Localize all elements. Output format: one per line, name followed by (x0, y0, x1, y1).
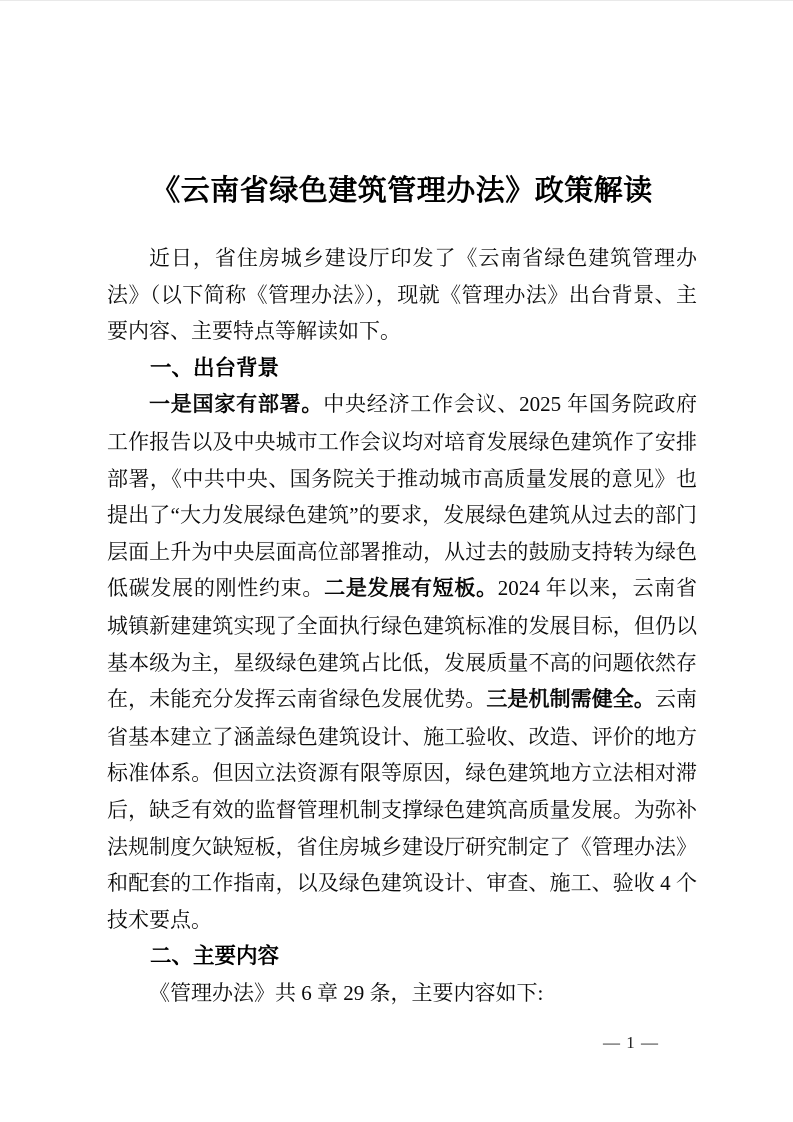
point-3-label: 三是机制需健全。 (486, 688, 655, 711)
section1-paragraph: 一是国家有部署。中央经济工作会议、2025 年国务院政府工作报告以及中央城市工作… (107, 386, 697, 938)
section2-heading: 二、主要内容 (107, 938, 697, 975)
point-1-label: 一是国家有部署。 (149, 393, 323, 416)
document-body: 近日，省住房城乡建设厅印发了《云南省绿色建筑管理办法》（以下简称《管理办法》），… (107, 240, 697, 1011)
intro-paragraph: 近日，省住房城乡建设厅印发了《云南省绿色建筑管理办法》（以下简称《管理办法》），… (107, 240, 697, 350)
point-2-label: 二是发展有短板。 (324, 577, 498, 600)
document-title: 《云南省绿色建筑管理办法》政策解读 (107, 169, 697, 213)
point-1-text: 中央经济工作会议、2025 年国务院政府工作报告以及中央城市工作会议均对培育发展… (107, 392, 697, 600)
page-number: — 1 — (595, 1032, 667, 1054)
section2-paragraph: 《管理办法》共 6 章 29 条，主要内容如下: (107, 975, 697, 1012)
section1-heading: 一、出台背景 (107, 350, 697, 387)
point-3-text: 云南省基本建立了涵盖绿色建筑设计、施工验收、改造、评价的地方标准体系。但因立法资… (107, 687, 697, 932)
document-page: 《云南省绿色建筑管理办法》政策解读 近日，省住房城乡建设厅印发了《云南省绿色建筑… (0, 0, 793, 1122)
